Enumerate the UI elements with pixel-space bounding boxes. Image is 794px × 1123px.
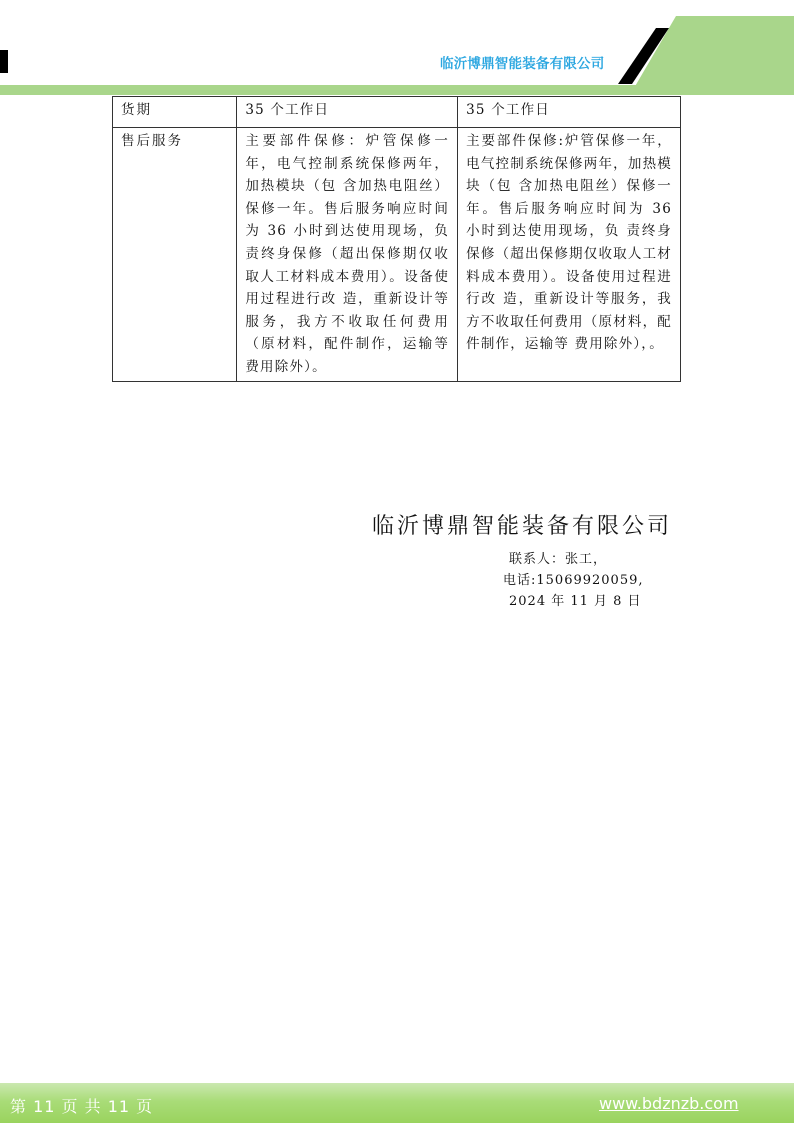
header-company-name: 临沂博鼎智能装备有限公司 — [440, 52, 604, 72]
website-link[interactable]: www.bdznzb.com — [599, 1094, 739, 1113]
page-footer: 第 11 页 共 11 页 www.bdznzb.com — [0, 1083, 794, 1123]
signature-contact: 联系人：张工， — [509, 548, 607, 567]
spec-table: 货期 35 个工作日 35 个工作日 售后服务 主要部件保修：炉管保修一年，电气… — [112, 96, 681, 382]
header-black-tab — [0, 50, 8, 73]
row-label: 货期 — [113, 97, 237, 128]
signature-company: 临沂博鼎智能装备有限公司 — [372, 509, 672, 540]
signature-date: 2024 年 11 月 8 日 — [509, 590, 642, 609]
cell-option-2: 主要部件保修:炉管保修一年，电气控制系统保修两年，加热模块（包 含加热电阻丝）保… — [458, 128, 681, 382]
table-row-after-sales: 售后服务 主要部件保修：炉管保修一年，电气控制系统保修两年，加热模块（包 含加热… — [113, 128, 681, 382]
header-green-band — [0, 85, 794, 95]
table-row-delivery: 货期 35 个工作日 35 个工作日 — [113, 97, 681, 128]
cell-option-1: 35 个工作日 — [237, 97, 458, 128]
signature-phone: 电话:15069920059, — [503, 569, 644, 588]
cell-option-1: 主要部件保修：炉管保修一年，电气控制系统保修两年，加热模块（包 含加热电阻丝）保… — [237, 128, 458, 382]
header-green-trapezoid — [630, 16, 794, 95]
cell-option-2: 35 个工作日 — [458, 97, 681, 128]
page-number: 第 11 页 共 11 页 — [10, 1094, 153, 1117]
row-label: 售后服务 — [113, 128, 237, 382]
